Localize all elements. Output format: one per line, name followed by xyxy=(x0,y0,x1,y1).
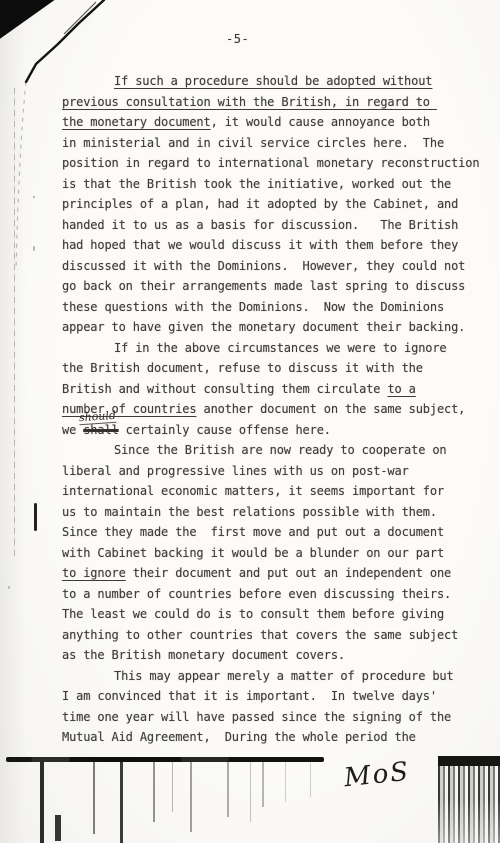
text-segment: international economic matters, it seems… xyxy=(62,484,444,498)
text-line: us to maintain the best relations possib… xyxy=(62,502,482,523)
text-line: previous consultation with the British, … xyxy=(62,92,482,113)
text-segment: Since they made the first move and put o… xyxy=(62,525,444,539)
text-line: to a number of countries before even dis… xyxy=(62,584,482,605)
text-line: British and without consulting them circ… xyxy=(62,379,482,400)
text-segment: certainly cause offense here. xyxy=(119,423,331,437)
scan-ink-dash-artifact xyxy=(34,503,37,531)
text-segment: in ministerial and in civil service circ… xyxy=(62,136,444,150)
text-line: these questions with the Dominions. Now … xyxy=(62,297,482,318)
text-line: discussed it with the Dominions. However… xyxy=(62,256,482,277)
text-line: the British document, refuse to discuss … xyxy=(62,358,482,379)
scan-speck xyxy=(33,196,35,198)
text-line: If such a procedure should be adopted wi… xyxy=(62,71,482,92)
text-line: is that the British took the initiative,… xyxy=(62,174,482,195)
text-segment: I am convinced that it is important. In … xyxy=(62,689,437,703)
text-segment: , it would cause annoyance both xyxy=(211,115,430,129)
scan-streaks-artifact xyxy=(0,762,330,843)
text-line: international economic matters, it seems… xyxy=(62,481,482,502)
text-segment: discussed it with the Dominions. However… xyxy=(62,259,465,273)
text-line: we shallshould certainly cause offense h… xyxy=(62,420,482,441)
text-segment: Mutual Aid Agreement, During the whole p… xyxy=(62,730,416,744)
underlined-text: to a xyxy=(387,382,415,396)
text-line: Since they made the first move and put o… xyxy=(62,522,482,543)
text-segment: another document on the same subject, xyxy=(196,402,465,416)
text-line: principles of a plan, had it adopted by … xyxy=(62,194,482,215)
text-line: handed it to us as a basis for discussio… xyxy=(62,215,482,236)
text-segment: these questions with the Dominions. Now … xyxy=(62,300,444,314)
text-line: Since the British are now ready to coope… xyxy=(62,440,482,461)
underlined-text: the monetary document xyxy=(62,115,211,129)
text-segment: appear to have given the monetary docume… xyxy=(62,320,465,334)
text-segment: go back on their arrangements made last … xyxy=(62,279,465,293)
text-segment: handed it to us as a basis for discussio… xyxy=(62,218,458,232)
text-segment: position in regard to international mone… xyxy=(62,156,479,170)
underlined-text: previous consultation with the British, … xyxy=(62,95,437,109)
text-segment: as the British monetary document covers. xyxy=(62,648,345,662)
struck-out-text: shallshould xyxy=(83,423,118,437)
text-segment: time one year will have passed since the… xyxy=(62,710,451,724)
text-line: as the British monetary document covers. xyxy=(62,645,482,666)
scan-speck xyxy=(33,246,35,251)
text-segment: had hoped that we would discuss it with … xyxy=(62,238,458,252)
scan-speck xyxy=(8,586,10,589)
text-line: with Cabinet backing it would be a blund… xyxy=(62,543,482,564)
text-segment: principles of a plan, had it adopted by … xyxy=(62,197,458,211)
text-segment: the British document, refuse to discuss … xyxy=(62,361,423,375)
underlined-text: If such a procedure should be adopted wi… xyxy=(114,74,432,88)
text-line: in ministerial and in civil service circ… xyxy=(62,133,482,154)
text-line: I am convinced that it is important. In … xyxy=(62,686,482,707)
text-line: This may appear merely a matter of proce… xyxy=(62,666,482,687)
text-line: liberal and progressive lines with us on… xyxy=(62,461,482,482)
text-line: had hoped that we would discuss it with … xyxy=(62,235,482,256)
text-segment: If in the above circumstances we were to… xyxy=(114,341,447,355)
text-line: to ignore their document and put out an … xyxy=(62,563,482,584)
text-segment: to a number of countries before even dis… xyxy=(62,587,451,601)
text-segment: Since the British are now ready to coope… xyxy=(114,443,447,457)
scan-right-streaks-artifact xyxy=(438,756,500,843)
text-line: go back on their arrangements made last … xyxy=(62,276,482,297)
text-line: If in the above circumstances we were to… xyxy=(62,338,482,359)
text-segment: British and without consulting them circ… xyxy=(62,382,387,396)
text-segment: liberal and progressive lines with us on… xyxy=(62,464,409,478)
underlined-text: to ignore xyxy=(62,566,126,580)
text-segment: with Cabinet backing it would be a blund… xyxy=(62,546,444,560)
text-segment: is that the British took the initiative,… xyxy=(62,177,451,191)
handwritten-correction: should xyxy=(79,408,117,425)
handwritten-mark: MoS xyxy=(343,757,412,794)
text-line: anything to other countries that covers … xyxy=(62,625,482,646)
text-segment: The least we could do is to consult them… xyxy=(62,607,444,621)
text-line: The least we could do is to consult them… xyxy=(62,604,482,625)
text-line: appear to have given the monetary docume… xyxy=(62,317,482,338)
scanned-document-page: -5- If such a procedure should be adopte… xyxy=(0,0,500,843)
text-line: number of countries another document on … xyxy=(62,399,482,420)
scan-left-edge-line-artifact xyxy=(14,88,15,558)
page-number: -5- xyxy=(226,32,249,46)
document-body: If such a procedure should be adopted wi… xyxy=(62,71,482,748)
text-segment: their document and put out an independen… xyxy=(126,566,451,580)
text-segment: us to maintain the best relations possib… xyxy=(62,505,437,519)
text-line: position in regard to international mone… xyxy=(62,153,482,174)
text-line: the monetary document, it would cause an… xyxy=(62,112,482,133)
text-segment: This may appear merely a matter of proce… xyxy=(114,669,454,683)
text-line: Mutual Aid Agreement, During the whole p… xyxy=(62,727,482,748)
text-segment: anything to other countries that covers … xyxy=(62,628,458,642)
text-line: time one year will have passed since the… xyxy=(62,707,482,728)
